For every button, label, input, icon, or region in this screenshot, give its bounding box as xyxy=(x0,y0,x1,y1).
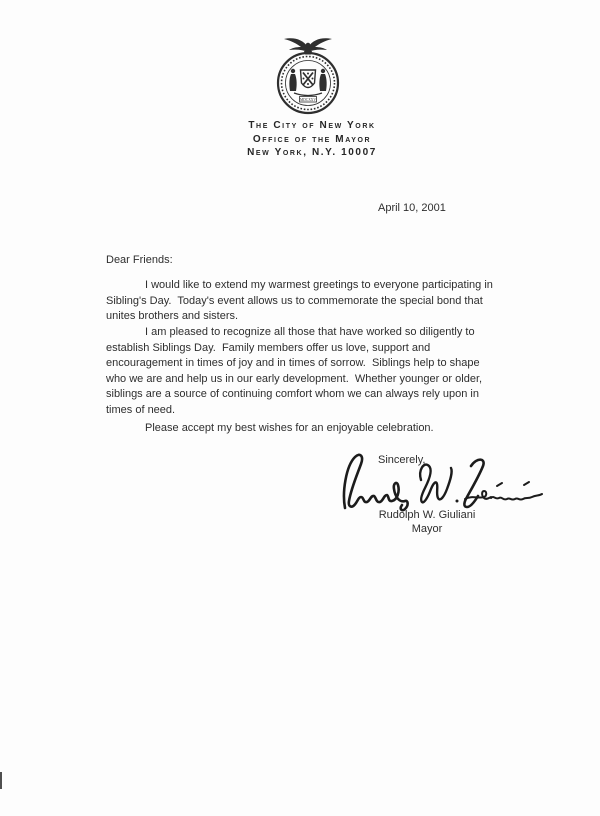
paragraph-line: who we are and help us in our early deve… xyxy=(106,372,506,388)
paragraph-2: I am pleased to recognize all those that… xyxy=(106,325,506,419)
nyc-city-seal-icon: MDCXXV xyxy=(258,33,358,119)
paragraph-line: I am pleased to recognize all those that… xyxy=(106,325,506,341)
letterhead-office-line: Office of the Mayor xyxy=(212,133,412,147)
letter-date: April 10, 2001 xyxy=(378,202,446,214)
seal-motto: MDCXXV xyxy=(300,98,316,102)
paragraph-line: unites brothers and sisters. xyxy=(106,309,506,325)
paragraph-line: I would like to extend my warmest greeti… xyxy=(106,278,506,294)
scan-artifact xyxy=(0,772,2,789)
paragraph-line: siblings are a source of continuing comf… xyxy=(106,387,506,403)
signer-title: Mayor xyxy=(327,523,527,537)
paragraph-1: I would like to extend my warmest greeti… xyxy=(106,278,506,325)
paragraph-line: Please accept my best wishes for an enjo… xyxy=(106,421,506,437)
paragraph-line: Sibling's Day. Today's event allows us t… xyxy=(106,294,506,310)
paragraph-line: times of need. xyxy=(106,403,506,419)
letterhead-address-line: New York, N.Y. 10007 xyxy=(212,146,412,160)
signer-name: Rudolph W. Giuliani xyxy=(327,509,527,523)
salutation: Dear Friends: xyxy=(106,254,173,266)
paragraph-line: encouragement in times of joy and in tim… xyxy=(106,356,506,372)
scanned-letter-page: MDCXXV The City of New York Office of th… xyxy=(0,0,600,816)
signature-block: Rudolph W. Giuliani Mayor xyxy=(327,509,527,536)
paragraph-3: Please accept my best wishes for an enjo… xyxy=(106,421,506,437)
paragraph-line: establish Siblings Day. Family members o… xyxy=(106,341,506,357)
letterhead-city-line: The City of New York xyxy=(212,119,412,133)
letterhead-block: The City of New York Office of the Mayor… xyxy=(212,119,412,160)
